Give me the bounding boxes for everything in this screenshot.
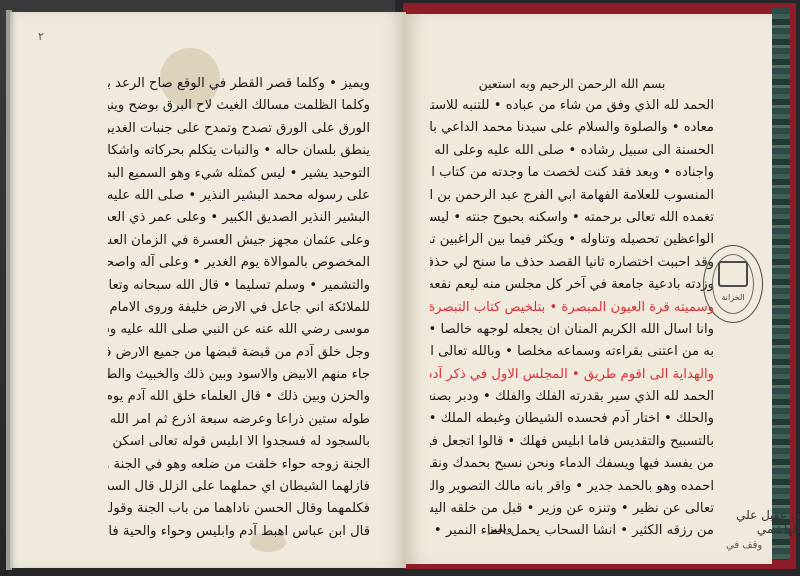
basmala-heading: بسم الله الرحمن الرحيم وبه استعين <box>430 73 714 95</box>
text-line: البشير النذير الصديق الكبير • وعلى عمر ذ… <box>108 207 370 229</box>
text-line: وكلما الظلمت مسالك الغيث لاح البرق بوضح … <box>108 95 370 117</box>
seal-emblem-icon <box>718 261 748 287</box>
marbled-endpaper-edge <box>772 8 790 560</box>
text-line: موسى رضي الله عنه عن النبي صلى الله عليه… <box>108 319 370 341</box>
text-line-title: وسميته قرة العيون المبصرة • بتلخيص كتاب … <box>430 297 714 319</box>
right-page-text: بسم الله الرحمن الرحيم وبه استعين الحمد … <box>430 73 714 543</box>
text-line: على رسوله محمد البشير النذير • صلى الله … <box>108 185 370 207</box>
text-line: معاده • والصلوة والسلام على سيدنا محمد ا… <box>430 117 714 139</box>
text-line: المنسوب للعلامة الفهامة ابي الفرج عبد ال… <box>430 185 714 207</box>
owner-note-small: وقف في <box>726 540 762 551</box>
text-line: والحلك • اختار آدم فحسده الشيطان وغبطه ا… <box>430 408 714 430</box>
text-line: الورق على الورق تصدح وتمدح على جنبات الغ… <box>108 118 370 140</box>
text-line: طوله ستين ذراعا وعرضه سبعة اذرع ثم امر ا… <box>108 409 370 431</box>
text-line: للملائكة اني جاعل في الارض خليفة وروى ال… <box>108 297 370 319</box>
text-line: واجناده • وبعد فقد كنت لخصت ما وجدته من … <box>430 162 714 184</box>
manuscript-spread: ٢ ويميز • وكلما قصر القطر في الوقع صاح ا… <box>0 0 800 576</box>
text-line: وانا اسال الله الكريم المنان ان يجعله لو… <box>430 319 714 341</box>
text-line-majlis-heading: والهداية الى اقوم طريق • المجلس الاول في… <box>430 364 714 386</box>
text-line: بالتسبيح والتقديس فاما ابليس فهلك • قالو… <box>430 431 714 453</box>
text-line: الجنة زوجه حواء خلقت من ضلعه وهو في الجن… <box>108 454 370 476</box>
text-line: به من اعتنى بقراءته وسماعه مخلصا • وبالل… <box>430 341 714 363</box>
catchword: ويميز <box>488 522 512 535</box>
folio-mark: ٢ <box>38 30 44 43</box>
text-line: ينطق بلسان حاله • والنبات يتكلم بحركاته … <box>108 140 370 162</box>
text-line: تعالى عن نظير • وتنزه عن وزير • قبل من خ… <box>430 498 714 520</box>
ownership-seal: الخزانة <box>703 245 763 323</box>
text-line-opening: الحمد لله الذي وفق من شاء من عباده • للت… <box>430 95 714 117</box>
owner-inscription: د. عقيل علي الهاشمي <box>714 508 800 536</box>
text-line: من رزقه الكثير • انشا السحاب يحمل الماء … <box>430 520 714 542</box>
text-line: جاء منهم الابيض والاسود وبين ذلك والخبيث… <box>108 364 370 386</box>
text-line: الحسنة الى سبيل رشاده • صلى الله عليه وع… <box>430 140 714 162</box>
text-line: قال ابن عباس اهبط آدم وابليس وحواء والحي… <box>108 521 370 543</box>
text-line: وعلى عثمان مجهز جيش العسرة في الزمان الع… <box>108 230 370 252</box>
text-line: والتشمير • وسلم تسليما • قال الله سبحانه… <box>108 275 370 297</box>
text-line: وجل خلق آدم من قبضة قبضها من جميع الارض … <box>108 342 370 364</box>
text-line: الحمد لله الذي سير بقدرته الفلك والفلك •… <box>430 386 714 408</box>
text-line: وزدته بادعية جامعة في آخر كل مجلس منه لي… <box>430 274 714 296</box>
left-page-text: ويميز • وكلما قصر القطر في الوقع صاح الر… <box>108 73 370 543</box>
text-line: احمده وهو بالحمد جدير • واقر بانه مالك ا… <box>430 476 714 498</box>
text-line: من يفسد فيها ويسفك الدماء ونحن نسبح بحمد… <box>430 453 714 475</box>
text-line: والحزن وبين ذلك • قال العلماء خلق الله آ… <box>108 386 370 408</box>
text-line: المخصوص بالموالاة يوم الغدير • وعلى آله … <box>108 252 370 274</box>
text-line: الواعظين تحصيله وتناوله • ويكثر فيما بين… <box>430 229 714 251</box>
seal-text: الخزانة <box>704 293 762 302</box>
text-line: فازلهما الشيطان اي حملهما على الزلل قال … <box>108 476 370 498</box>
text-line: ويميز • وكلما قصر القطر في الوقع صاح الر… <box>108 73 370 95</box>
text-line: بالسجود له فسجدوا الا ابليس قوله تعالى ا… <box>108 431 370 453</box>
text-line: وقد احببت اختصاره ثانيا القصد حذف ما سنح… <box>430 252 714 274</box>
text-line: التوحيد يشير • ليس كمثله شيء وهو السميع … <box>108 163 370 185</box>
text-line: فكلمهما وقال الحسن ناداهما من باب الجنة … <box>108 498 370 520</box>
text-line: تغمده الله تعالى برحمته • واسكنه بحبوح ج… <box>430 207 714 229</box>
